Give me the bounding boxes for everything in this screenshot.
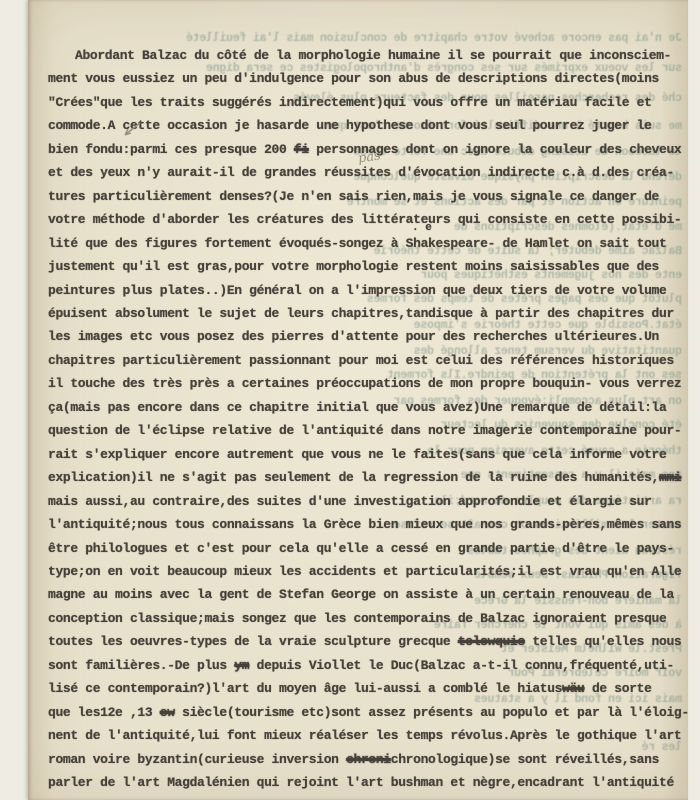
text-line: les images etc vous posez des pierres d'… <box>48 325 670 348</box>
text-segment: votre méthode d'aborder les créatures de… <box>48 212 681 227</box>
text-segment: de sorte <box>585 681 652 696</box>
text-segment: chronologique)se sont réveillés,sans <box>391 752 659 767</box>
text-line: roman voire byzantin(curieuse inversion … <box>48 748 670 771</box>
text-segment: justement qu'il est gras,pour votre morp… <box>48 259 659 274</box>
text-segment: "Crées"que les traits suggérés indirecte… <box>48 95 652 110</box>
text-segment: les images etc vous posez des pierres d'… <box>48 329 659 344</box>
text-line: explication)il ne s'agit pas seulement d… <box>48 466 670 489</box>
text-line: lité que des figures fortement évoqués-s… <box>48 232 670 255</box>
text-segment: sont familières.-De plus <box>48 658 234 673</box>
text-line: rait s'expliquer encore autrement que vo… <box>48 443 670 466</box>
text-line: votre méthode d'aborder les créatures de… <box>48 208 670 231</box>
text-line: chapitres particulièrement passionnant p… <box>48 349 670 372</box>
struck-out-text: fi <box>294 142 309 157</box>
text-line: type;on en voit beaucoup mieux les accid… <box>48 560 670 583</box>
text-line: toutes les oeuvres-types de la vraie scu… <box>48 630 670 653</box>
text-line: ça(mais pas encore dans ce chapitre init… <box>48 396 670 419</box>
struck-out-text: ym <box>234 658 249 673</box>
text-segment: lisé ce contemporain?)l'art du moyen âge… <box>48 681 562 696</box>
text-segment: et des yeux n'y aurait-il de grandes réu… <box>48 165 674 180</box>
text-line: question de l'éclipse relative de l'anti… <box>48 419 670 442</box>
text-segment: ment vous eussiez un peu d'indulgence po… <box>48 71 659 86</box>
struck-out-text: telswquis <box>458 634 525 649</box>
struck-out-text: ew <box>160 705 175 720</box>
text-segment: parler de l'art Magdalénien qui rejoint … <box>48 775 674 790</box>
paper-sheet: Je n'ai pas encore achevé votre chapitre… <box>28 0 688 800</box>
text-segment: mais aussi,au contraire,des suites d'une… <box>48 494 652 509</box>
text-segment: l'antiquité;nous tous connaissans la Grè… <box>48 517 681 532</box>
text-segment: lité que des figures fortement évoqués-s… <box>48 236 666 251</box>
text-line: nent de l'antiquité,lui font mieux réalé… <box>48 724 670 747</box>
pencil-arrow-icon <box>120 121 142 144</box>
text-segment: bien fondu:parmi ces presque 200 <box>48 142 294 157</box>
struck-out-text: wäu <box>562 681 584 696</box>
text-segment: siècle(tourisme etc)sont assez présents … <box>175 705 689 720</box>
scanned-letter-page: { "document": { "kind": "typewritten let… <box>0 0 700 800</box>
text-line: l'antiquité;nous tous connaissans la Grè… <box>48 513 670 536</box>
text-line: il touche des très près a certaines préo… <box>48 372 670 395</box>
text-segment: depuis Viollet le Duc(Balzac a-t-il conn… <box>249 658 674 673</box>
text-line: conception classique;mais songez que les… <box>48 607 670 630</box>
text-segment: nent de l'antiquité,lui font mieux réalé… <box>48 728 681 743</box>
text-line: que les12e ,13 ew siècle(tourisme etc)so… <box>48 701 670 724</box>
text-line: magne au moins avec la gent de Stefan Ge… <box>48 583 670 606</box>
text-line: "Crées"que les traits suggérés indirecte… <box>48 91 670 114</box>
struck-out-text: mmi <box>659 470 681 485</box>
text-segment: que les12e ,13 <box>48 705 160 720</box>
text-line: mais aussi,au contraire,des suites d'une… <box>48 490 670 513</box>
text-segment: roman voire byzantin(curieuse inversion <box>48 752 346 767</box>
text-segment: peintures plus plates..)En général on a … <box>48 283 666 298</box>
text-segment: telles qu'elles nous <box>525 634 681 649</box>
pencil-insertion-pas: pas <box>357 148 382 166</box>
text-line: tures particulièrement denses?(Je n'en s… <box>48 185 670 208</box>
text-line: sont familières.-De plus ym depuis Violl… <box>48 654 670 677</box>
typed-interline-correction: . e <box>412 222 432 234</box>
text-segment: type;on en voit beaucoup mieux les accid… <box>48 564 681 579</box>
text-line: justement qu'il est gras,pour votre morp… <box>48 255 670 278</box>
struck-out-text: chroni <box>346 752 391 767</box>
text-segment: toutes les oeuvres-types de la vraie scu… <box>48 634 458 649</box>
text-segment: Abordant Balzac du côté de la morphologi… <box>75 48 671 63</box>
text-segment: épuisent absolument le sujet de leurs ch… <box>48 306 674 321</box>
text-line: parler de l'art Magdalénien qui rejoint … <box>48 771 670 794</box>
text-line: ment vous eussiez un peu d'indulgence po… <box>48 67 670 90</box>
text-segment: question de l'éclipse relative de l'anti… <box>48 423 681 438</box>
text-segment: chapitres particulièrement passionnant p… <box>48 353 674 368</box>
text-segment: ça(mais pas encore dans ce chapitre init… <box>48 400 666 415</box>
text-segment: conception classique;mais songez que les… <box>48 611 666 626</box>
text-line: Abordant Balzac du côté de la morphologi… <box>48 44 670 67</box>
text-segment: être philologues et c'est pour cela qu'e… <box>48 541 674 556</box>
text-line: peintures plus plates..)En général on a … <box>48 279 670 302</box>
text-segment: rait s'expliquer encore autrement que vo… <box>48 447 666 462</box>
text-line: épuisent absolument le sujet de leurs ch… <box>48 302 670 325</box>
text-segment: magne au moins avec la gent de Stefan Ge… <box>48 587 674 602</box>
text-line: lisé ce contemporain?)l'art du moyen âge… <box>48 677 670 700</box>
text-segment: tures particulièrement denses?(Je n'en s… <box>48 189 659 204</box>
text-segment: explication)il ne s'agit pas seulement d… <box>48 470 659 485</box>
text-segment: il touche des très près a certaines préo… <box>48 376 681 391</box>
text-line: être philologues et c'est pour cela qu'e… <box>48 537 670 560</box>
